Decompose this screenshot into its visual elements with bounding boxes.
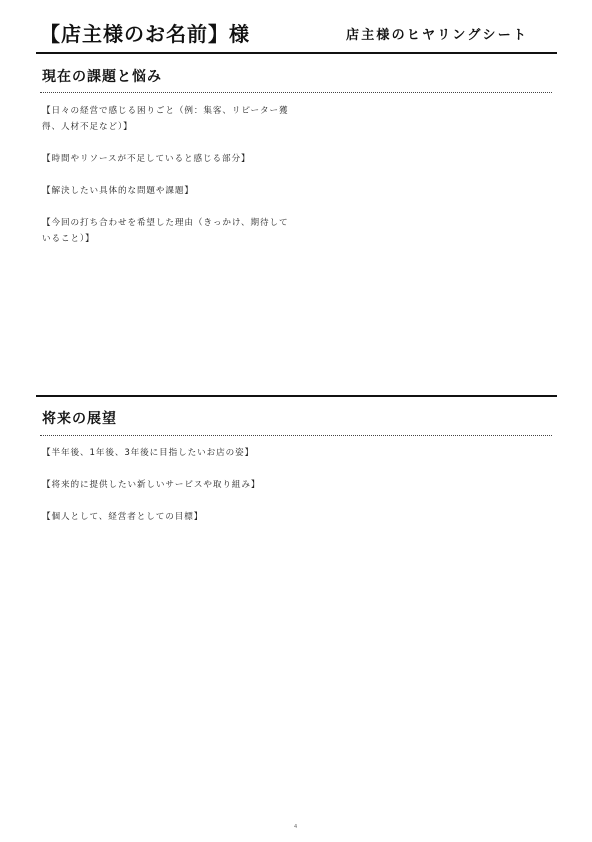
question-item: 【半年後、1年後、3年後に目指したいお店の姿】 [42, 445, 342, 461]
dotted-divider [40, 435, 552, 436]
sheet-subtitle: 店主様のヒヤリングシート [346, 24, 528, 43]
question-item: 【解決したい具体的な問題や課題】 [42, 183, 297, 199]
section-title: 現在の課題と悩み [42, 66, 162, 86]
page-title: 【店主様のお名前】様 [40, 18, 250, 47]
question-item: 【時間やリソースが不足していると感じる部分】 [42, 151, 297, 167]
section-title: 将来の展望 [42, 408, 117, 428]
question-item: 【将来的に提供したい新しいサービスや取り組み】 [42, 477, 342, 493]
question-item: 【日々の経営で感じる困りごと（例：集客、リピーター獲得、人材不足など）】 [42, 103, 297, 135]
dotted-divider [40, 92, 552, 93]
section-divider [36, 395, 557, 397]
question-item: 【個人として、経営者としての目標】 [42, 509, 342, 525]
header-divider [36, 52, 557, 54]
page-number: 4 [294, 824, 297, 830]
question-item: 【今回の打ち合わせを希望した理由（きっかけ、期待していること）】 [42, 215, 297, 247]
